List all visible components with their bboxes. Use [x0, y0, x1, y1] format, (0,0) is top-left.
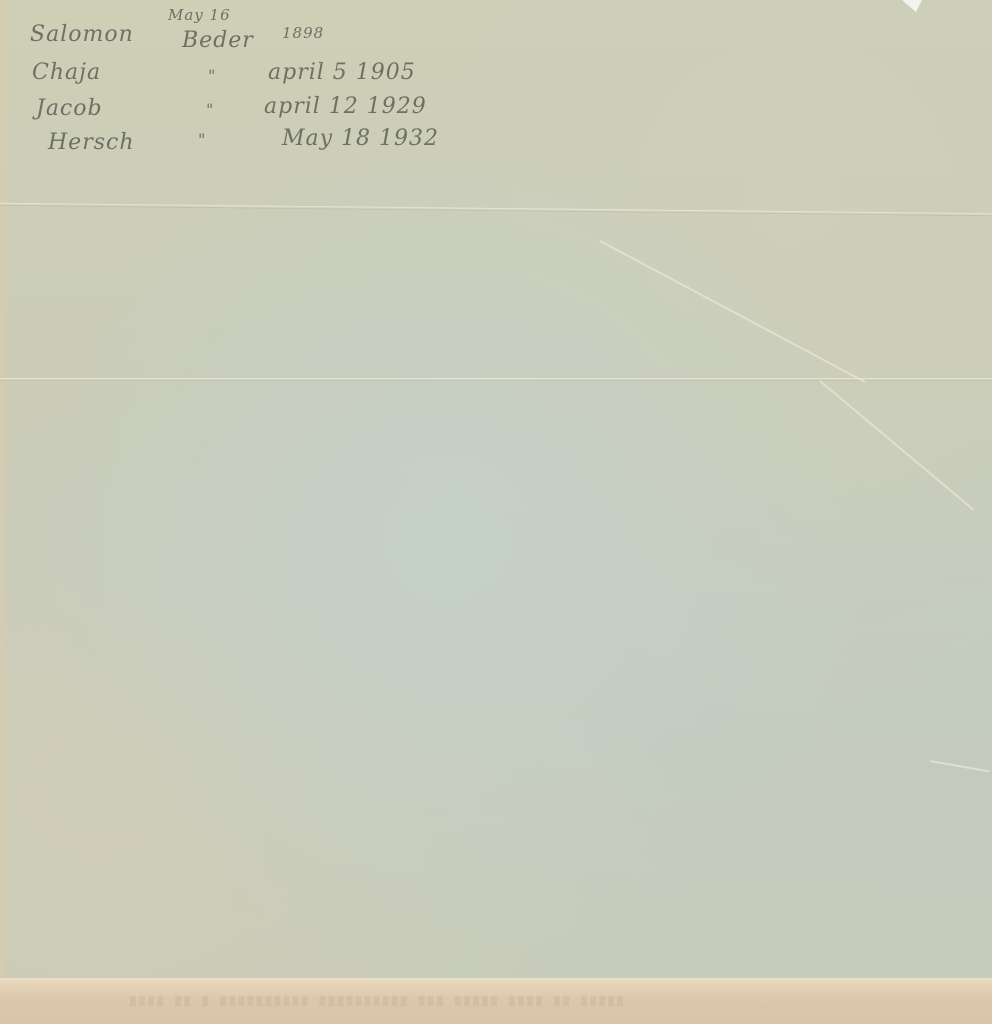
fold-line-upper [0, 203, 992, 216]
entry-name: Jacob [36, 96, 103, 121]
entry-date: May 16 [168, 6, 231, 24]
crease [930, 760, 989, 772]
ditto-mark: " [206, 100, 214, 119]
crease [600, 240, 866, 383]
entry-surname: Beder [182, 28, 254, 53]
entry-date: april 5 1905 [268, 60, 416, 85]
ditto-mark: " [198, 130, 206, 149]
entry-name: Hersch [48, 130, 135, 155]
crease [819, 380, 973, 510]
corner-tear [902, 0, 922, 12]
paper-sheet: Salomon May 16 Beder 1898 Chaja " april … [0, 0, 992, 980]
entry-name: Salomon [30, 22, 134, 47]
paper-left-edge [0, 0, 10, 980]
envelope-bottom-strip: ▒▒▒▒ ▒▒ ▒ ▒▒▒▒▒▒▒▒▒▒ ▒▒▒▒▒▒▒▒▒▒ ▒▒▒ ▒▒▒▒… [0, 978, 992, 1024]
entry-date: May 18 1932 [282, 126, 439, 151]
faint-printed-text: ▒▒▒▒ ▒▒ ▒ ▒▒▒▒▒▒▒▒▒▒ ▒▒▒▒▒▒▒▒▒▒ ▒▒▒ ▒▒▒▒… [130, 996, 890, 1006]
entry-date: april 12 1929 [264, 94, 427, 119]
ditto-mark: " [208, 66, 216, 85]
entry-name: Chaja [32, 60, 101, 85]
fold-line-lower [0, 378, 992, 381]
entry-year: 1898 [282, 24, 324, 42]
